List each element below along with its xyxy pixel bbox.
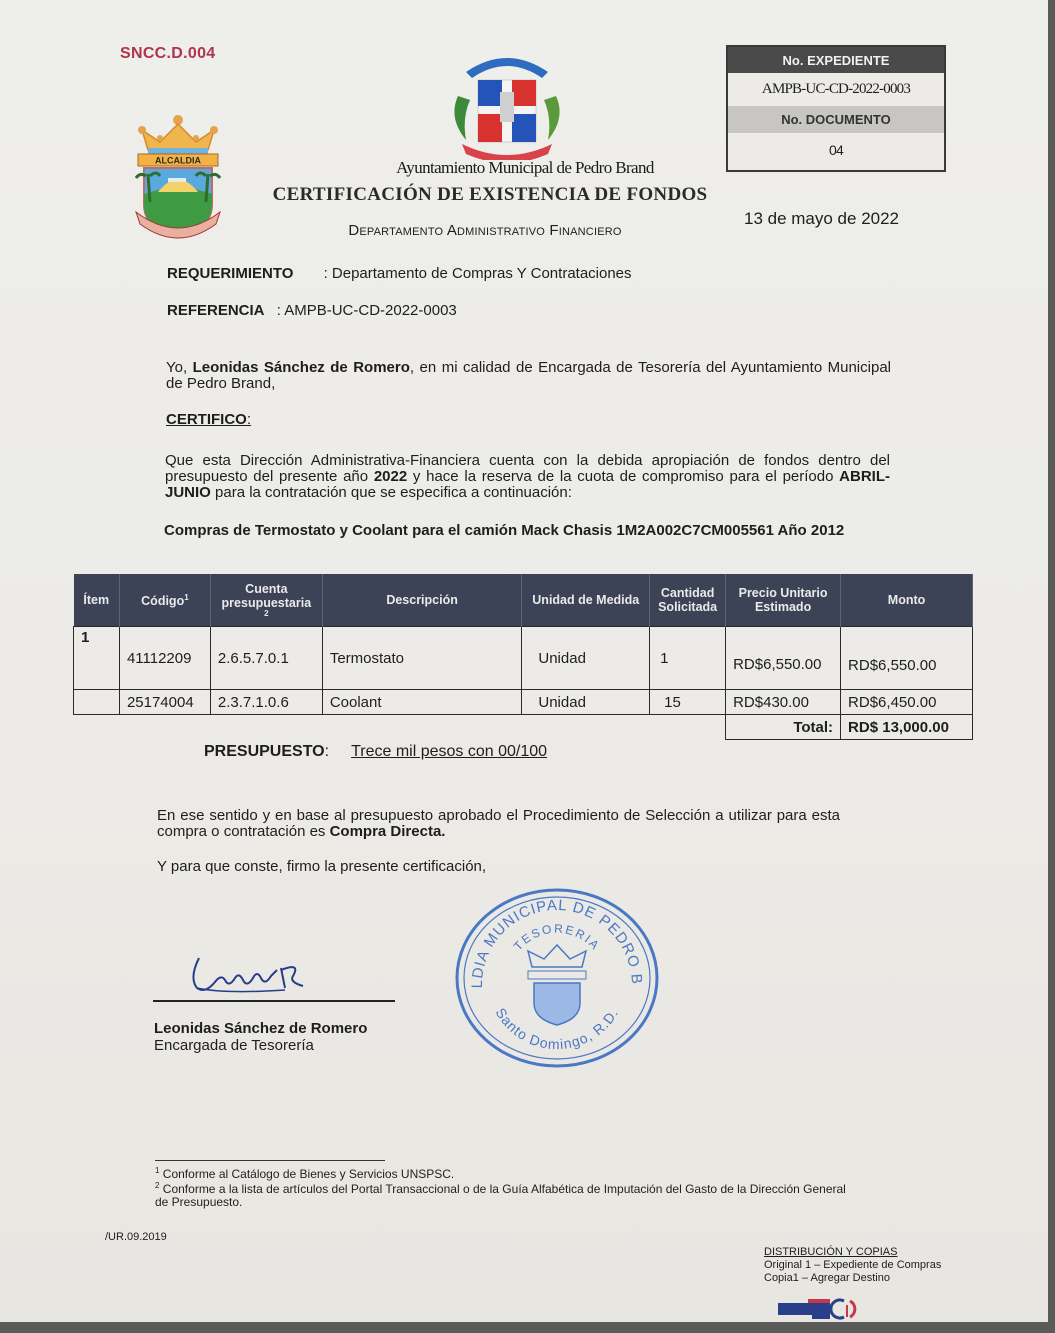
selection-paragraph: En ese sentido y en base al presupuesto … <box>157 808 840 840</box>
alcaldia-coat-of-arms-icon: ALCALDIA <box>128 112 228 242</box>
signature-icon <box>185 948 325 998</box>
cell-unidad: Unidad <box>522 627 650 690</box>
referencia-field: REFERENCIA : AMPB-UC-CD-2022-0003 <box>167 302 457 319</box>
form-code: SNCC.D.004 <box>120 45 215 63</box>
cell-descripcion: Termostato <box>322 627 522 690</box>
table-row: 1 41112209 2.6.5.7.0.1 Termostato Unidad… <box>74 627 973 690</box>
footnote-separator <box>155 1160 385 1161</box>
col-descripcion: Descripción <box>322 574 522 627</box>
cell-precio: RD$430.00 <box>726 690 841 715</box>
cell-monto: RD$6,450.00 <box>841 690 973 715</box>
signature-line <box>153 1000 395 1002</box>
requerimiento-field: REQUERIMIENTO : Departamento de Compras … <box>167 265 632 282</box>
expediente-label: No. EXPEDIENTE <box>728 47 944 73</box>
cell-codigo: 41112209 <box>119 627 210 690</box>
treasury-seal-icon: ALCALDIA MUNICIPAL DE PEDRO BRAND TESORE… <box>452 885 662 1070</box>
svg-text:ALCALDIA MUNICIPAL DE PEDRO BR: ALCALDIA MUNICIPAL DE PEDRO BRAND <box>452 885 645 988</box>
col-unidad: Unidad de Medida <box>522 574 650 627</box>
cell-cuenta: 2.6.5.7.0.1 <box>210 627 322 690</box>
certifico-text: CERTIFICO <box>166 411 247 428</box>
national-coat-of-arms-icon <box>448 48 566 160</box>
document-page: SNCC.D.004 ALCALDIA Ayuntamiento Municip… <box>0 0 1048 1322</box>
p3-procedure: Compra Directa. <box>330 823 446 840</box>
svg-text:ALCALDIA: ALCALDIA <box>155 156 201 166</box>
col-item: Ítem <box>74 574 120 627</box>
purchase-subject: Compras de Termostato y Coolant para el … <box>164 523 904 539</box>
table-total-row: Total: RD$ 13,000.00 <box>74 715 973 740</box>
intro-prefix: Yo, <box>166 359 193 376</box>
requerimiento-value: : Departamento de Compras Y Contratacion… <box>324 265 632 282</box>
expediente-box: No. EXPEDIENTE AMPB-UC-CD-2022-0003 No. … <box>726 45 946 172</box>
svg-text:TESORERIA: TESORERIA <box>511 922 603 954</box>
distribution-block: DISTRIBUCIÓN Y COPIAS Original 1 – Exped… <box>764 1246 941 1285</box>
document-date: 13 de mayo de 2022 <box>744 209 899 229</box>
cell-cantidad: 1 <box>650 627 726 690</box>
cell-item: 1 <box>74 627 120 690</box>
referencia-label: REFERENCIA <box>167 302 265 319</box>
closing-sentence: Y para que conste, firmo la presente cer… <box>157 858 486 875</box>
presupuesto-label: PRESUPUESTO <box>204 743 325 760</box>
table-row: 25174004 2.3.7.1.0.6 Coolant Unidad 15 R… <box>74 690 973 715</box>
presupuesto-line: PRESUPUESTO:Trece mil pesos con 00/100 <box>204 743 547 761</box>
referencia-value: : AMPB-UC-CD-2022-0003 <box>277 302 457 319</box>
table-header-row: Ítem Código1 Cuenta presupuestaria2 Desc… <box>74 574 973 627</box>
signer-name: Leonidas Sánchez de Romero <box>154 1020 367 1037</box>
total-label: Total: <box>726 715 841 740</box>
contrataciones-publicas-logo-icon <box>778 1297 873 1321</box>
col-cantidad: Cantidad Solicitada <box>650 574 726 627</box>
p3-text: En ese sentido y en base al presupuesto … <box>157 807 840 840</box>
document-title: CERTIFICACIÓN DE EXISTENCIA DE FONDOS <box>270 184 710 206</box>
distribution-line-1: Original 1 – Expediente de Compras <box>764 1259 941 1272</box>
form-version: /UR.09.2019 <box>105 1231 167 1243</box>
col-codigo: Código1 <box>119 574 210 627</box>
p2-year: 2022 <box>374 468 407 485</box>
cell-cuenta: 2.3.7.1.0.6 <box>210 690 322 715</box>
department-name: Departamento Administrativo Financiero <box>300 222 670 239</box>
cell-precio: RD$6,550.00 <box>726 627 841 690</box>
cell-item <box>74 690 120 715</box>
certification-paragraph: Que esta Dirección Administrativa-Financ… <box>165 453 890 501</box>
documento-label: No. DOCUMENTO <box>728 106 944 133</box>
cell-cantidad: 15 <box>650 690 726 715</box>
presupuesto-colon: : <box>325 743 329 760</box>
items-table: Ítem Código1 Cuenta presupuestaria2 Desc… <box>73 574 973 740</box>
cell-codigo: 25174004 <box>119 690 210 715</box>
total-spacer <box>74 715 726 740</box>
footnote-2: 2 Conforme a la lista de artículos del P… <box>155 1179 855 1209</box>
intro-paragraph: Yo, Leonidas Sánchez de Romero, en mi ca… <box>166 360 891 392</box>
intro-name: Leonidas Sánchez de Romero <box>193 359 410 376</box>
col-monto: Monto <box>841 574 973 627</box>
cell-monto: RD$6,550.00 <box>841 627 973 690</box>
presupuesto-value: Trece mil pesos con 00/100 <box>351 743 547 760</box>
col-cuenta: Cuenta presupuestaria2 <box>210 574 322 627</box>
total-value: RD$ 13,000.00 <box>841 715 973 740</box>
col-precio: Precio Unitario Estimado <box>726 574 841 627</box>
cell-unidad: Unidad <box>522 690 650 715</box>
certifico-heading: CERTIFICO: <box>166 411 251 428</box>
p2-text-c: para la contratación que se especifica a… <box>211 484 572 501</box>
distribution-line-2: Copia1 – Agregar Destino <box>764 1272 941 1285</box>
requerimiento-label: REQUERIMIENTO <box>167 265 293 282</box>
signer-role: Encargada de Tesorería <box>154 1037 314 1054</box>
p2-text-b: y hace la reserva de la cuota de comprom… <box>407 468 839 485</box>
expediente-value: AMPB-UC-CD-2022-0003 <box>728 73 944 106</box>
documento-value: 04 <box>728 133 944 168</box>
cell-descripcion: Coolant <box>322 690 522 715</box>
organization-name: Ayuntamiento Municipal de Pedro Brand <box>330 158 720 178</box>
distribution-title: DISTRIBUCIÓN Y COPIAS <box>764 1246 941 1259</box>
